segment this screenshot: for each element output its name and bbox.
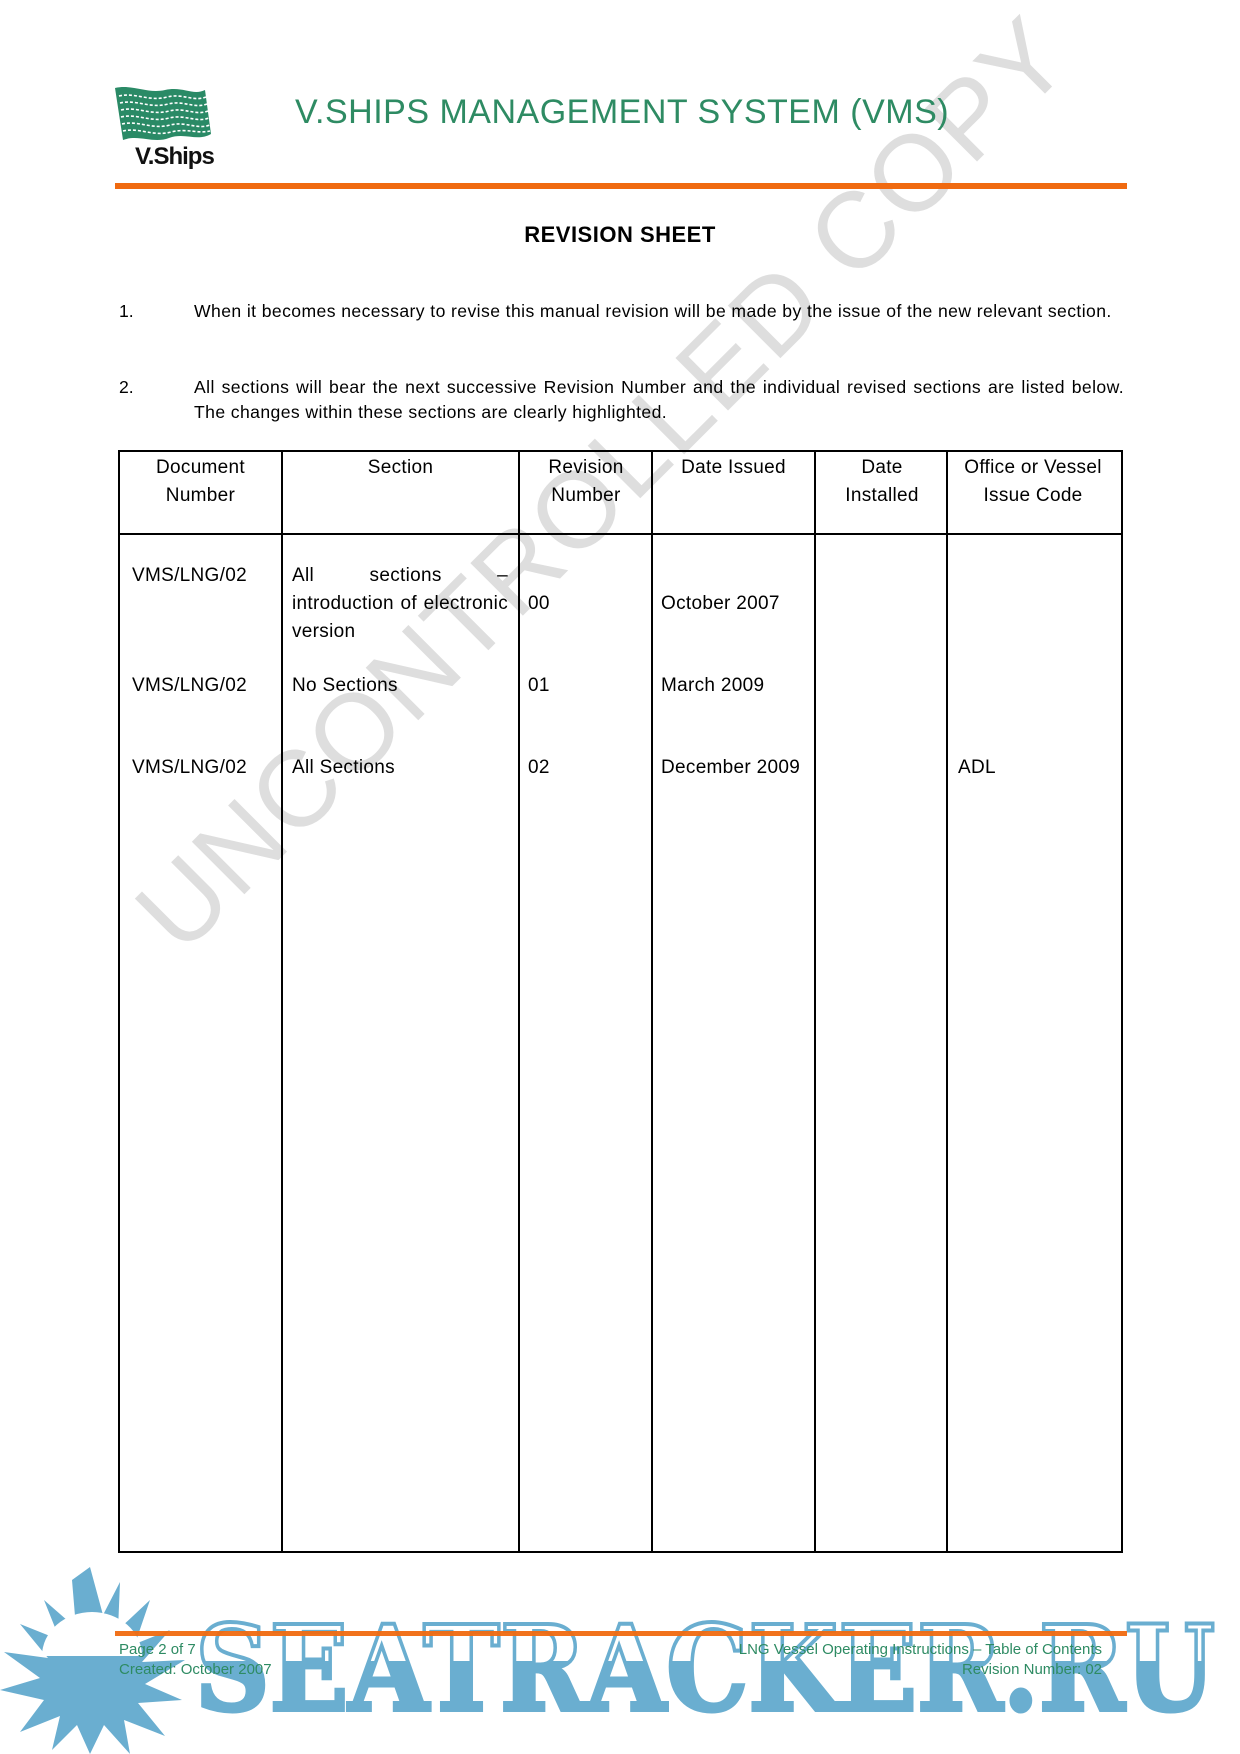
footer-divider	[115, 1631, 1127, 1636]
column-divider	[518, 452, 520, 1551]
paragraph-number: 1.	[119, 299, 134, 324]
column-header-document-number: Document Number	[128, 454, 273, 510]
footer-created-date: Created: October 2007	[119, 1661, 272, 1678]
cell-section: All Sections	[292, 754, 395, 782]
column-divider	[651, 452, 653, 1551]
cell-issue-code: ADL	[958, 754, 996, 782]
footer-revision-number: Revision Number: 02	[962, 1661, 1102, 1678]
cell-revision-number: 02	[528, 754, 550, 782]
app-title: V.SHIPS MANAGEMENT SYSTEM (VMS)	[295, 93, 949, 132]
paragraph-text: All sections will bear the next successi…	[194, 375, 1124, 425]
cell-section: All sections – introduction of electroni…	[292, 562, 508, 646]
column-header-revision-number: Revision Number	[530, 454, 642, 510]
cell-document-number: VMS/LNG/02	[132, 672, 247, 700]
cell-revision-number: 00	[528, 590, 550, 618]
column-divider	[281, 452, 283, 1551]
cell-document-number: VMS/LNG/02	[132, 562, 247, 590]
column-divider	[946, 452, 948, 1551]
logo-text: V.Ships	[135, 143, 214, 170]
paragraph-number: 2.	[119, 375, 134, 400]
cell-section: No Sections	[292, 672, 398, 700]
column-header-date-issued: Date Issued	[653, 454, 814, 482]
cell-revision-number: 01	[528, 672, 550, 700]
header-divider	[115, 183, 1127, 189]
header-divider-line	[120, 533, 1121, 535]
revision-table: Document Number Section Revision Number …	[118, 450, 1123, 1553]
cell-date-issued: December 2009	[661, 754, 801, 782]
footer-page-number: Page 2 of 7	[119, 1641, 196, 1658]
page-title: REVISION SHEET	[0, 222, 1240, 248]
wave-flag-icon	[115, 87, 211, 140]
paragraph-text: When it becomes necessary to revise this…	[194, 299, 1124, 324]
column-divider	[814, 452, 816, 1551]
vships-logo: V.Ships	[113, 84, 237, 170]
footer-document-title: LNG Vessel Operating Instructions – Tabl…	[739, 1641, 1102, 1658]
cell-date-issued: March 2009	[661, 672, 764, 700]
paragraph-1: 1. When it becomes necessary to revise t…	[119, 299, 1124, 324]
column-header-section: Section	[283, 454, 518, 482]
column-header-issue-code: Office or Vessel Issue Code	[958, 454, 1108, 510]
cell-document-number: VMS/LNG/02	[132, 754, 247, 782]
column-header-date-installed: Date Installed	[826, 454, 938, 510]
paragraph-2: 2. All sections will bear the next succe…	[119, 375, 1124, 425]
cell-date-issued: October 2007	[661, 590, 780, 618]
